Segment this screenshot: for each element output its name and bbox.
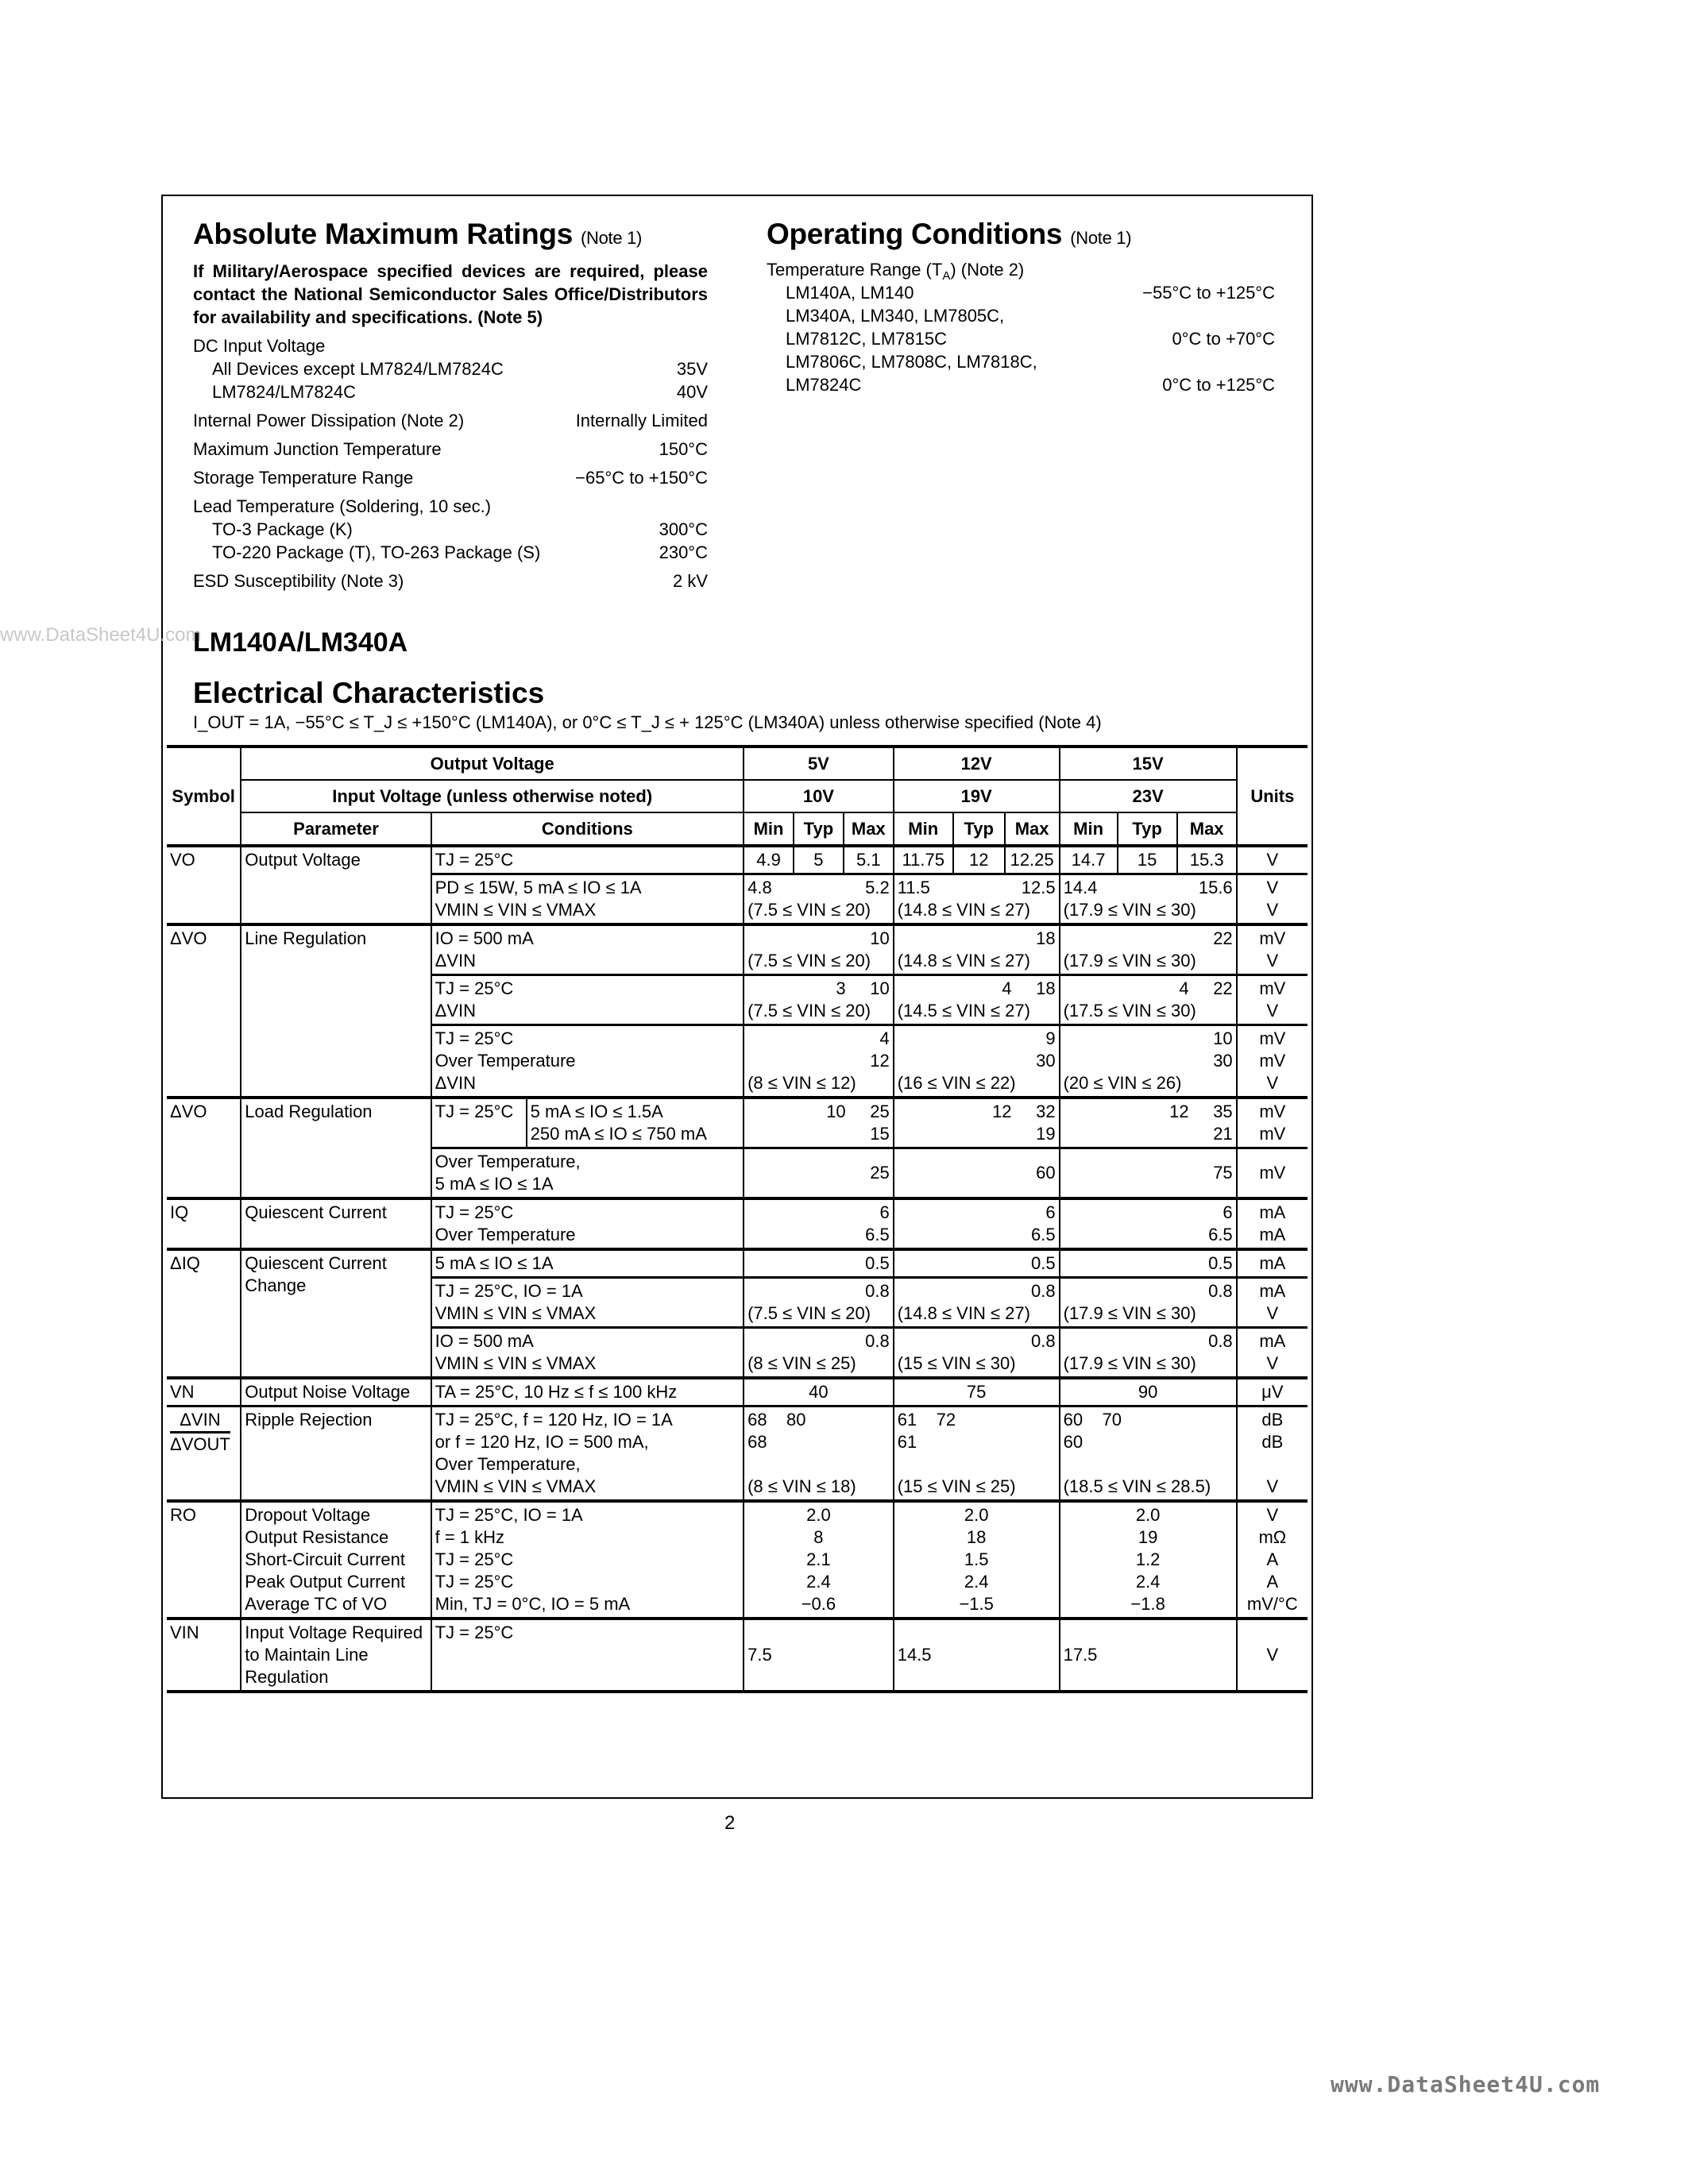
rating-row: Storage Temperature Range−65°C to +150°C [193,466,708,489]
ec-conditions: I_OUT = 1A, −55°C ≤ T_J ≤ +150°C (LM140A… [193,712,1102,733]
table-row: ΔVO Load Regulation TJ = 25°C5 mA ≤ IO ≤… [167,1098,1308,1148]
table-row: ΔIQ Quiescent Current Change 5 mA ≤ IO ≤… [167,1249,1308,1278]
rating-row: TO-3 Package (K)300°C [193,518,708,541]
table-row: ΔVINΔVOUT Ripple Rejection TJ = 25°C, f … [167,1406,1308,1502]
header-output-voltage: Output Voltage [241,747,744,780]
operating-conditions: Operating Conditions(Note 1) Temperature… [767,214,1275,396]
op-row: LM140A, LM140−55°C to +125°C [767,281,1275,304]
header-units: Units [1237,747,1308,846]
op-row: LM7806C, LM7808C, LM7818C, [767,350,1275,373]
op-row: LM7824C0°C to +125°C [767,373,1275,396]
header-conditions: Conditions [431,812,744,846]
ec-title: Electrical Characteristics [193,677,544,710]
rating-row: LM7824/LM7824C40V [193,380,708,403]
table-row: VO Output Voltage TJ = 25°C 4.955.1 11.7… [167,846,1308,874]
electrical-characteristics-table: Symbol Output Voltage 5V 12V 15V Units I… [167,745,1308,1693]
rating-row: Internal Power Dissipation (Note 2)Inter… [193,409,708,432]
header-symbol: Symbol [167,747,241,846]
rating-row: Maximum Junction Temperature150°C [193,438,708,461]
rating-row: All Devices except LM7824/LM7824C35V [193,357,708,380]
part-heading: LM140A/LM340A [193,627,408,658]
temp-range-label: Temperature Range (TA) (Note 2) [767,258,1275,281]
lead-temp-label: Lead Temperature (Soldering, 10 sec.) [193,495,708,518]
military-notice: If Military/Aerospace specified devices … [193,260,708,329]
header-input-voltage: Input Voltage (unless otherwise noted) [241,780,744,812]
table-row: VIN Input Voltage Required to Maintain L… [167,1619,1308,1692]
watermark-bottom: www.DataSheet4U.com [1331,2071,1600,2097]
table-row: VN Output Noise Voltage TA = 25°C, 10 Hz… [167,1378,1308,1406]
dc-input-label: DC Input Voltage [193,334,708,357]
absolute-maximum-ratings: Absolute Maximum Ratings(Note 1) If Mili… [193,214,708,592]
table-row: IQ Quiescent Current TJ = 25°COver Tempe… [167,1198,1308,1249]
rating-row: TO-220 Package (T), TO-263 Package (S)23… [193,541,708,564]
op-row: LM7812C, LM7815C0°C to +70°C [767,327,1275,350]
page-number: 2 [724,1812,735,1835]
watermark-left: www.DataSheet4U.com [0,624,201,646]
rating-row: ESD Susceptibility (Note 3)2 kV [193,569,708,592]
op-row: LM340A, LM340, LM7805C, [767,304,1275,327]
abs-max-title: Absolute Maximum Ratings(Note 1) [193,214,708,258]
op-cond-title: Operating Conditions(Note 1) [767,214,1275,258]
table-row: RO Dropout VoltageOutput ResistanceShort… [167,1501,1308,1619]
header-parameter: Parameter [241,812,431,846]
table-row: ΔVO Line Regulation IO = 500 mAΔVIN 10(7… [167,924,1308,975]
